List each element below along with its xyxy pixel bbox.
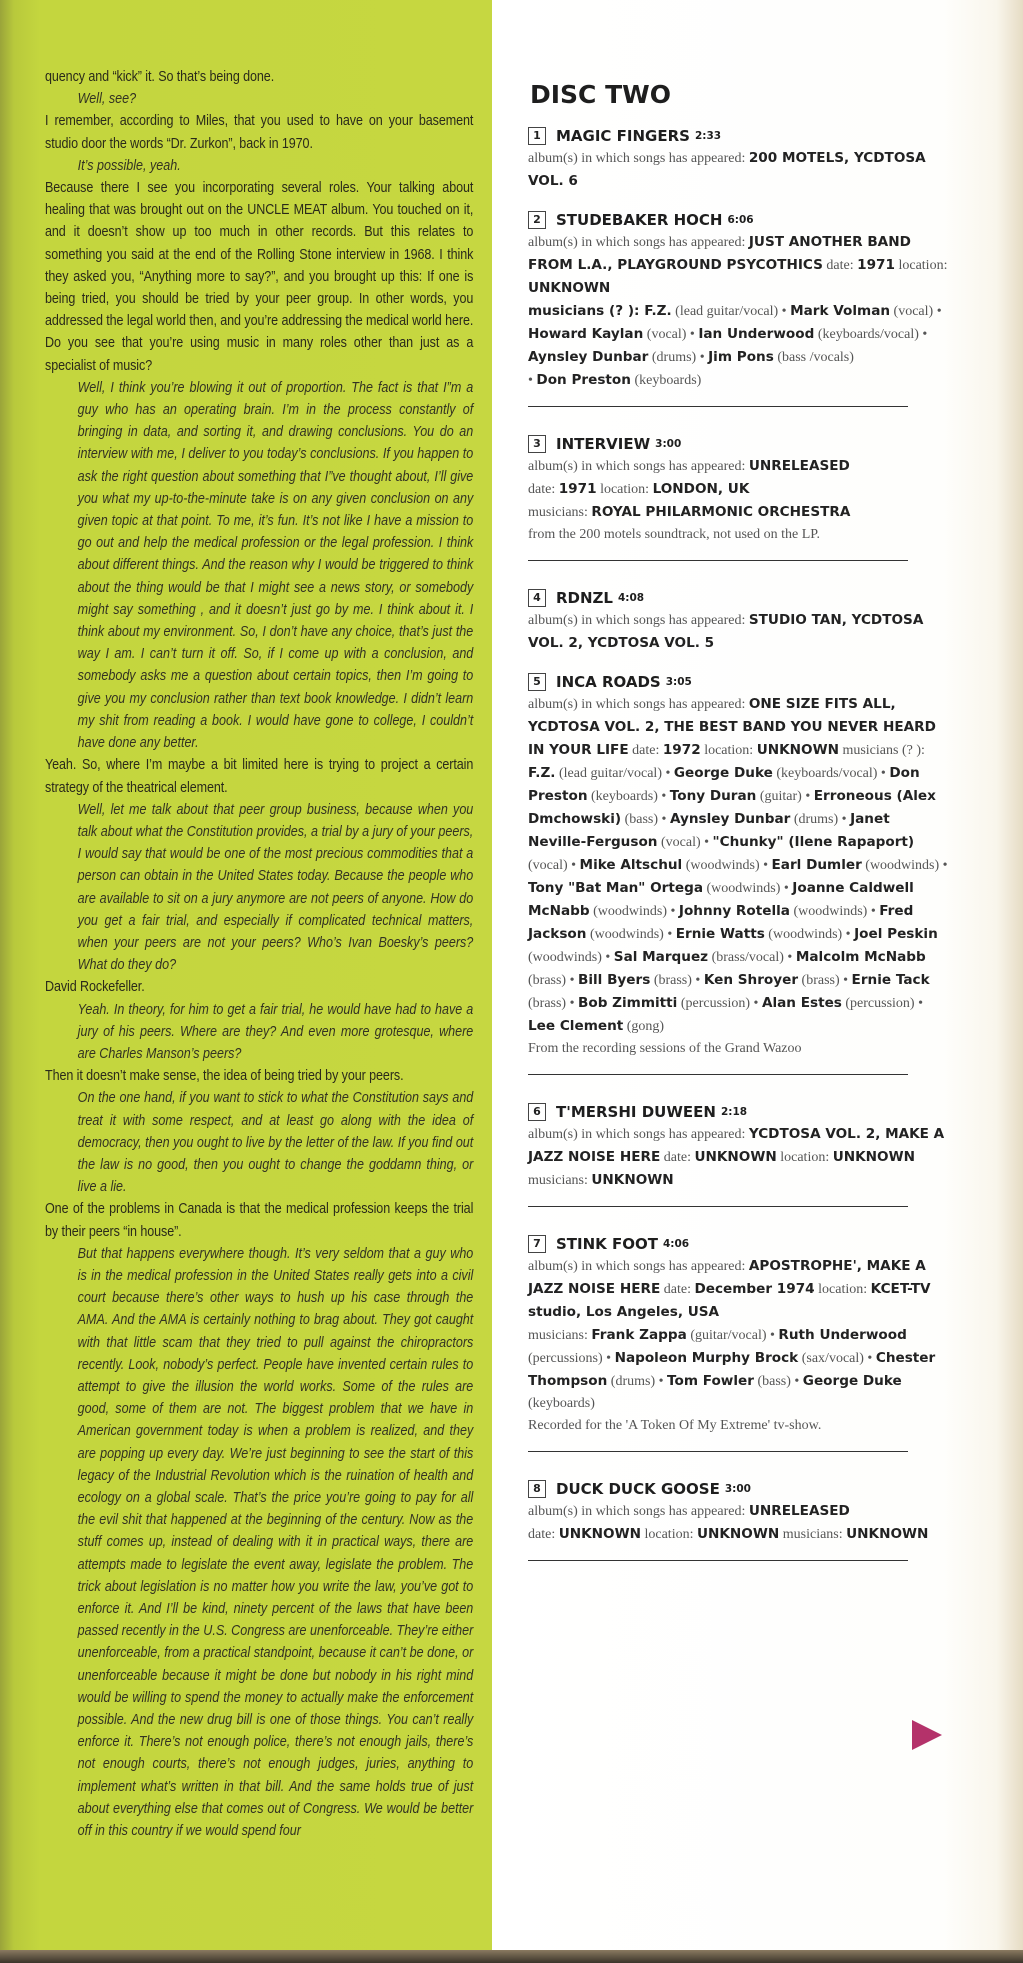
track-detail-label: (gong) — [623, 1019, 664, 1034]
track-divider — [528, 1560, 908, 1561]
track-detail-value: Mike Altschul — [580, 857, 683, 873]
track-detail-value: Jim Pons — [708, 349, 774, 365]
track-divider — [528, 1451, 908, 1452]
interview-question: quency and “kick” it. So that’s being do… — [45, 66, 473, 88]
track-detail-value: Frank Zappa — [591, 1327, 686, 1343]
track-detail-value: F.Z. — [528, 765, 555, 781]
track-detail-label: (keyboards) — [631, 373, 701, 388]
track-divider — [528, 560, 908, 561]
track-duration: 4:06 — [663, 1238, 689, 1250]
track-details: album(s) in which songs has appeared: YC… — [528, 1123, 948, 1192]
track-detail-label: (woodwinds) • — [790, 904, 879, 919]
track-detail-value: Ian Underwood — [698, 326, 814, 342]
track-detail-label: (guitar) • — [756, 789, 813, 804]
interview-panel: quency and “kick” it. So that’s being do… — [0, 0, 492, 1950]
track-number-box: 5 — [528, 673, 546, 691]
track-detail-label: (woodwinds) • — [590, 904, 679, 919]
interview-answer: Well, I think you’re blowing it out of p… — [45, 377, 473, 754]
track-detail-label: album(s) in which songs has appeared: — [528, 1127, 749, 1142]
track-detail-value: UNKNOWN — [697, 1526, 779, 1542]
interview-answer: But that happens everywhere though. It’s… — [45, 1243, 473, 1842]
track-details: album(s) in which songs has appeared: UN… — [528, 1500, 948, 1546]
track-number-box: 3 — [528, 435, 546, 453]
interview-answer: On the one hand, if you want to stick to… — [45, 1087, 473, 1198]
track-detail-label: (keyboards/vocal) • — [814, 327, 927, 342]
track-detail-value: Earl Dumler — [772, 857, 862, 873]
track-detail-value: UNKNOWN — [559, 1526, 641, 1542]
interview-answer: Yeah. In theory, for him to get a fair t… — [45, 999, 473, 1066]
track-detail-label: (woodwinds) • — [682, 858, 771, 873]
track-detail-value: 1971 — [559, 481, 597, 497]
track-detail-value: UNKNOWN — [846, 1526, 928, 1542]
track-duration: 2:18 — [721, 1106, 747, 1118]
track-header: 1MAGIC FINGERS2:33 — [528, 127, 948, 145]
track-detail-value: UNKNOWN — [833, 1149, 915, 1165]
track-detail-value: Don Preston — [536, 372, 631, 388]
track-detail-label: (lead guitar/vocal) • — [672, 304, 790, 319]
track-detail-label: (brass) • — [650, 973, 704, 988]
interview-answer: Well, let me talk about that peer group … — [45, 799, 473, 977]
track-detail-label: (keyboards) — [528, 1396, 595, 1411]
track-detail-label: musicians: — [528, 505, 591, 520]
track-detail-value: Aynsley Dunbar — [528, 349, 648, 365]
track-detail-label: date: — [528, 1527, 559, 1542]
track-detail-value: UNRELEASED — [749, 458, 850, 474]
interview-question: I remember, according to Miles, that you… — [45, 110, 473, 154]
track-detail-label: (bass) • — [754, 1374, 803, 1389]
track-detail-label: musicians: — [779, 1527, 846, 1542]
track-title: STINK FOOT — [556, 1235, 658, 1253]
interview-question: Then it doesn’t make sense, the idea of … — [45, 1065, 473, 1087]
track-detail-value: 1971 — [857, 257, 895, 273]
track-duration: 2:33 — [695, 130, 721, 142]
track-detail-value: Alan Estes — [762, 995, 842, 1011]
track-detail-value: Bill Byers — [578, 972, 650, 988]
track-entry: 1MAGIC FINGERS2:33album(s) in which song… — [528, 127, 948, 211]
track-number-box: 6 — [528, 1103, 546, 1121]
track-details: album(s) in which songs has appeared: 20… — [528, 147, 948, 193]
track-detail-value: UNKNOWN — [528, 280, 610, 296]
track-detail-value: Howard Kaylan — [528, 326, 643, 342]
interview-text: quency and “kick” it. So that’s being do… — [45, 66, 473, 1842]
track-detail-label: location: — [777, 1150, 833, 1165]
track-detail-label: (woodwinds) • — [765, 927, 854, 942]
track-entry: 6T'MERSHI DUWEEN2:18album(s) in which so… — [528, 1103, 948, 1207]
track-detail-label: (sax/vocal) • — [798, 1351, 876, 1366]
track-detail-label: location: — [895, 258, 948, 273]
track-detail-value: 1972 — [663, 742, 701, 758]
track-detail-value: Malcolm McNabb — [796, 949, 926, 965]
play-triangle-icon[interactable] — [912, 1720, 942, 1750]
track-detail-label: location: — [597, 482, 653, 497]
track-detail-label: location: — [815, 1282, 871, 1297]
track-details: album(s) in which songs has appeared: ON… — [528, 693, 948, 1060]
track-entry: 5INCA ROADS3:05album(s) in which songs h… — [528, 673, 948, 1075]
track-spacer — [528, 193, 948, 211]
track-detail-label: (lead guitar/vocal) • — [555, 766, 673, 781]
track-detail-label: album(s) in which songs has appeared: — [528, 235, 749, 250]
track-details: album(s) in which songs has appeared: AP… — [528, 1255, 948, 1437]
track-detail-label: album(s) in which songs has appeared: — [528, 697, 749, 712]
track-detail-label: (keyboards) • — [588, 789, 670, 804]
track-entry: 2STUDEBAKER HOCH6:06album(s) in which so… — [528, 211, 948, 407]
track-detail-label: date: — [660, 1150, 694, 1165]
track-detail-label: (woodwinds) • — [586, 927, 675, 942]
track-detail-label: from the 200 motels soundtrack, not used… — [528, 527, 820, 542]
track-detail-label: (percussion) • — [842, 996, 923, 1011]
interview-question: One of the problems in Canada is that th… — [45, 1198, 473, 1242]
track-detail-value: Lee Clement — [528, 1018, 623, 1034]
track-details: album(s) in which songs has appeared: UN… — [528, 455, 948, 546]
track-header: 6T'MERSHI DUWEEN2:18 — [528, 1103, 948, 1121]
track-divider — [528, 1074, 908, 1075]
track-number-box: 4 — [528, 589, 546, 607]
track-detail-label: musicians (? ): — [839, 743, 925, 758]
track-header: 3INTERVIEW3:00 — [528, 435, 948, 453]
track-entry: 4RDNZL4:08album(s) in which songs has ap… — [528, 589, 948, 673]
track-detail-label: (drums) • — [790, 812, 850, 827]
track-duration: 3:05 — [666, 676, 692, 688]
track-detail-value: Ernie Watts — [676, 926, 765, 942]
track-detail-value: ROYAL PHILARMONIC ORCHESTRA — [591, 504, 850, 520]
track-title: INCA ROADS — [556, 673, 661, 691]
track-divider — [528, 406, 908, 407]
track-header: 2STUDEBAKER HOCH6:06 — [528, 211, 948, 229]
track-detail-value: Sal Marquez — [614, 949, 708, 965]
track-detail-value: Ernie Tack — [852, 972, 930, 988]
track-header: 8DUCK DUCK GOOSE3:00 — [528, 1480, 948, 1498]
track-spacer — [528, 655, 948, 673]
track-detail-value: Tony Duran — [670, 788, 757, 804]
track-detail-label: location: — [641, 1527, 697, 1542]
track-detail-label: album(s) in which songs has appeared: — [528, 1504, 749, 1519]
track-detail-label: (brass) • — [528, 973, 578, 988]
track-entry: 7STINK FOOT4:06album(s) in which songs h… — [528, 1235, 948, 1452]
track-detail-label: (woodwinds) • — [862, 858, 948, 873]
interview-question: Because there I see you incorporating se… — [45, 177, 473, 377]
track-detail-value: December 1974 — [694, 1281, 814, 1297]
track-header: 4RDNZL4:08 — [528, 589, 948, 607]
track-detail-value: Joel Peskin — [854, 926, 938, 942]
track-detail-value: "Chunky" (Ilene Rapaport) — [713, 834, 915, 850]
interview-answer: It’s possible, yeah. — [45, 155, 473, 177]
track-detail-label: date: — [823, 258, 857, 273]
track-detail-label: musicians: — [528, 1328, 591, 1343]
track-detail-label: (vocal) • — [528, 858, 580, 873]
track-detail-label: Recorded for the 'A Token Of My Extreme'… — [528, 1418, 821, 1433]
track-duration: 3:00 — [725, 1483, 751, 1495]
track-number-box: 1 — [528, 127, 546, 145]
disc-title: DISC TWO — [530, 80, 948, 109]
track-detail-label: (brass/vocal) • — [708, 950, 796, 965]
track-title: T'MERSHI DUWEEN — [556, 1103, 716, 1121]
track-detail-label: (percussion) • — [677, 996, 762, 1011]
track-detail-value: Mark Volman — [790, 303, 890, 319]
track-detail-value: Ruth Underwood — [778, 1327, 906, 1343]
track-number-box: 7 — [528, 1235, 546, 1253]
track-detail-label: album(s) in which songs has appeared: — [528, 1259, 749, 1274]
track-detail-value: UNRELEASED — [749, 1503, 850, 1519]
track-detail-value: George Duke — [674, 765, 773, 781]
track-detail-label: (guitar/vocal) • — [687, 1328, 779, 1343]
track-duration: 6:06 — [727, 214, 753, 226]
track-header: 7STINK FOOT4:06 — [528, 1235, 948, 1253]
disc-tracklist: DISC TWO 1MAGIC FINGERS2:33album(s) in w… — [528, 80, 948, 1589]
track-header: 5INCA ROADS3:05 — [528, 673, 948, 691]
track-title: INTERVIEW — [556, 435, 650, 453]
track-detail-label: (vocal) • — [657, 835, 712, 850]
track-details: album(s) in which songs has appeared: JU… — [528, 231, 948, 392]
track-detail-value: Tom Fowler — [667, 1373, 754, 1389]
track-detail-value: Napoleon Murphy Brock — [615, 1350, 799, 1366]
track-detail-label: (vocal) • — [643, 327, 698, 342]
track-detail-value: UNKNOWN — [591, 1172, 673, 1188]
track-detail-label: From the recording sessions of the Grand… — [528, 1041, 802, 1056]
track-list: 1MAGIC FINGERS2:33album(s) in which song… — [528, 127, 948, 1561]
page-edge — [0, 1950, 1023, 1963]
track-detail-label: (vocal) • — [890, 304, 942, 319]
track-detail-value: musicians (? ): F.Z. — [528, 303, 672, 319]
track-detail-value: UNKNOWN — [694, 1149, 776, 1165]
track-detail-label: (woodwinds) • — [703, 881, 792, 896]
track-entry: 3INTERVIEW3:00album(s) in which songs ha… — [528, 435, 948, 561]
track-detail-value: Tony "Bat Man" Ortega — [528, 880, 703, 896]
track-detail-label: musicians: — [528, 1173, 591, 1188]
track-detail-label: (percussions) • — [528, 1351, 615, 1366]
track-title: MAGIC FINGERS — [556, 127, 690, 145]
track-detail-label: album(s) in which songs has appeared: — [528, 613, 749, 628]
track-detail-value: George Duke — [803, 1373, 902, 1389]
track-detail-value: Aynsley Dunbar — [670, 811, 790, 827]
interview-question: David Rockefeller. — [45, 976, 473, 998]
track-detail-label: date: — [528, 482, 559, 497]
track-detail-label: (drums) • — [607, 1374, 667, 1389]
track-detail-value: LONDON, UK — [653, 481, 750, 497]
track-detail-label: album(s) in which songs has appeared: — [528, 459, 749, 474]
track-detail-value: Johnny Rotella — [679, 903, 790, 919]
track-detail-label: (keyboards/vocal) • — [773, 766, 889, 781]
track-detail-label: album(s) in which songs has appeared: — [528, 151, 749, 166]
interview-question: Yeah. So, where I’m maybe a bit limited … — [45, 754, 473, 798]
track-number-box: 2 — [528, 211, 546, 229]
track-divider — [528, 1206, 908, 1207]
track-detail-value: Ken Shroyer — [704, 972, 798, 988]
track-details: album(s) in which songs has appeared: ST… — [528, 609, 948, 655]
track-title: DUCK DUCK GOOSE — [556, 1480, 720, 1498]
track-detail-label: location: — [701, 743, 757, 758]
track-detail-value: UNKNOWN — [757, 742, 839, 758]
track-duration: 4:08 — [618, 592, 644, 604]
track-detail-label: date: — [660, 1282, 694, 1297]
track-detail-label: (brass) • — [528, 996, 578, 1011]
track-number-box: 8 — [528, 1480, 546, 1498]
track-detail-label: (brass) • — [798, 973, 852, 988]
track-detail-label: (drums) • — [648, 350, 708, 365]
track-detail-label: date: — [629, 743, 663, 758]
track-title: RDNZL — [556, 589, 613, 607]
track-duration: 3:00 — [655, 438, 681, 450]
booklet-spread: quency and “kick” it. So that’s being do… — [0, 0, 1023, 1950]
track-title: STUDEBAKER HOCH — [556, 211, 722, 229]
interview-answer: Well, see? — [45, 88, 473, 110]
track-entry: 8DUCK DUCK GOOSE3:00album(s) in which so… — [528, 1480, 948, 1561]
track-detail-value: Bob Zimmitti — [578, 995, 677, 1011]
track-detail-label: (bass /vocals) — [774, 350, 854, 365]
track-detail-label: (bass) • — [621, 812, 670, 827]
track-detail-label: (woodwinds) • — [528, 950, 614, 965]
